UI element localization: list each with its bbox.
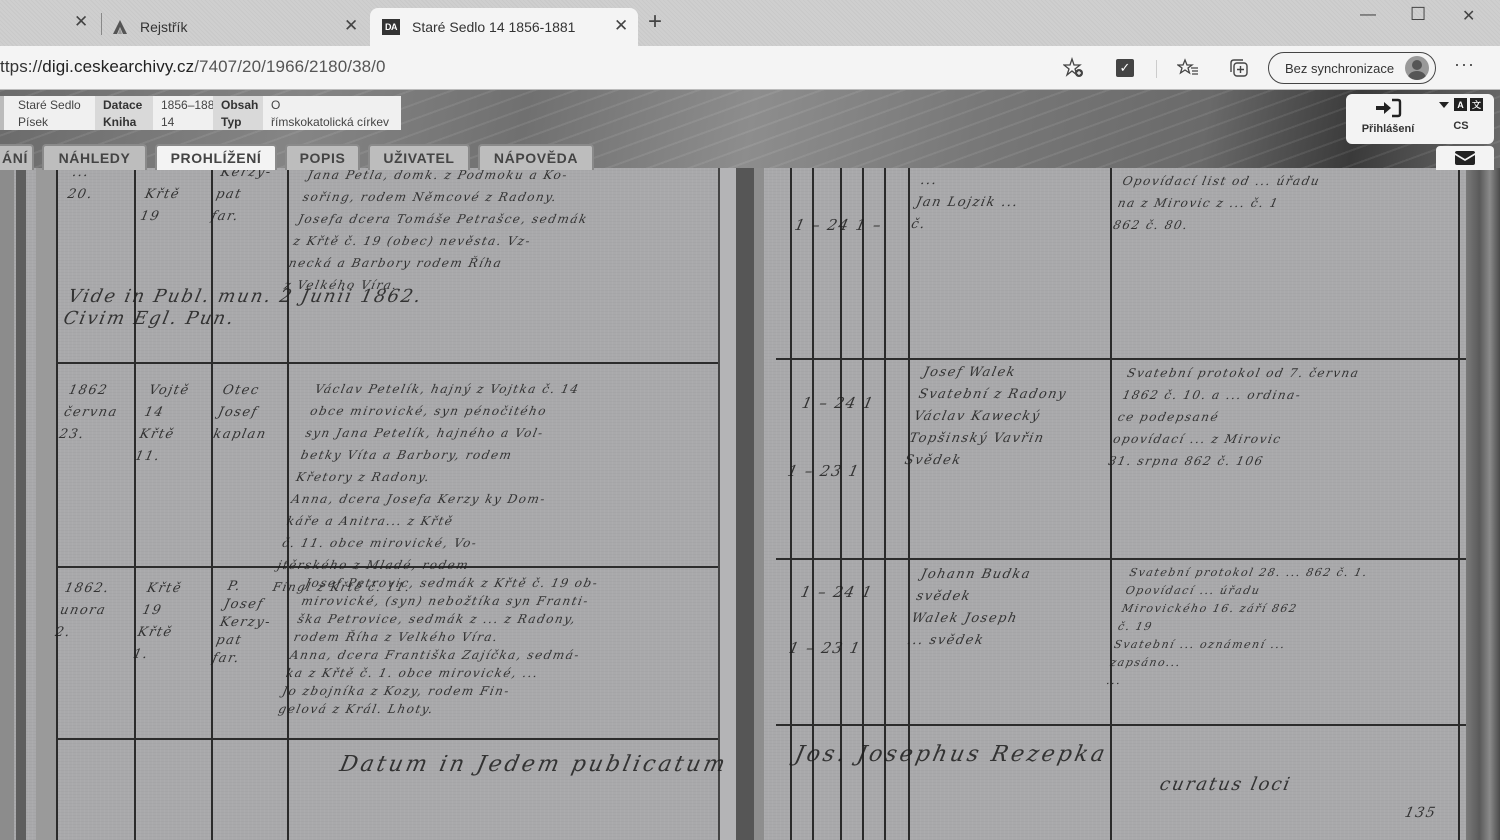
translate-icon: A (1454, 98, 1467, 111)
scan-viewer[interactable]: ... 20. Křtě 19 Kerzy- pat far. Jana Pet… (0, 90, 1500, 840)
entry-note: Datum in Jedem publicatum (338, 754, 730, 776)
page-edge-left (0, 168, 14, 840)
tab-close-icon[interactable]: ✕ (344, 16, 358, 36)
archive-logo-icon (112, 19, 128, 35)
info-value: římskokatolická církev (263, 113, 393, 130)
tab-close-icon[interactable]: ✕ (614, 16, 628, 36)
info-district: Písek (10, 113, 95, 130)
language-selector[interactable]: A 文 CS (1432, 98, 1490, 140)
user-widget: Přihlášení A 文 CS (1346, 94, 1494, 144)
info-value: O (263, 96, 393, 113)
mail-button[interactable] (1436, 146, 1494, 170)
url-host: digi.ceskearchivy.cz (42, 57, 194, 76)
rule-horizontal (776, 558, 1466, 560)
page-margin-left (36, 168, 56, 840)
url-scheme: ttps:// (0, 57, 42, 76)
tab-close-button[interactable]: ✕ (74, 12, 88, 32)
entry-remarks: Opovídací list od ... úřadu na z Mirovic… (1111, 170, 1323, 236)
tab-prohlizeni[interactable]: PROHLÍŽENÍ (155, 144, 277, 170)
browser-tab-rejstrik[interactable]: Rejstřík ✕ (112, 8, 372, 46)
viewer-nav-tabs: ÁNÍ NÁHLEDY PROHLÍŽENÍ POPIS UŽIVATEL NÁ… (0, 144, 602, 170)
rule-horizontal (56, 738, 718, 740)
translate-icon-secondary: 文 (1470, 98, 1483, 111)
tab-uzivatel[interactable]: UŽIVATEL (368, 144, 470, 170)
entry-count: 1 – 24 1 – (793, 214, 885, 236)
entry-witnesses: ... Jan Lojzik ... č. (909, 170, 1025, 236)
url-field[interactable]: ttps://digi.ceskearchivy.cz/7407/20/1966… (0, 57, 386, 77)
tab-nahledy[interactable]: NÁHLEDY (42, 144, 147, 170)
new-tab-button[interactable]: + (648, 10, 662, 34)
rule-horizontal (56, 362, 718, 364)
envelope-icon (1455, 151, 1475, 165)
priest-signature: Jos. Josephus Rezepka (793, 744, 1110, 766)
info-label: Obsah (213, 96, 263, 113)
rule-vertical (718, 168, 720, 840)
caret-down-icon (1439, 102, 1449, 108)
da-logo-icon: DA (382, 19, 400, 35)
book-gutter-light (718, 168, 736, 840)
tab-label: Staré Sedlo 14 1856-1881 (412, 19, 575, 35)
address-bar-row: ttps://digi.ceskearchivy.cz/7407/20/1966… (0, 46, 1500, 90)
add-favorite-button[interactable] (1062, 56, 1086, 80)
book-gutter-edge (754, 168, 764, 840)
rule-vertical (790, 168, 792, 840)
profile-sync-button[interactable]: Bez synchronizace (1268, 52, 1436, 84)
favorites-button[interactable] (1176, 56, 1200, 80)
entry-remarks: Svatební protokol 28. ... 862 č. 1. Opov… (1105, 564, 1370, 690)
entry-text: Václav Petelík, hajný z Vojtka č. 14 obc… (271, 378, 582, 598)
tab-label: Rejstřík (140, 19, 187, 35)
collections-icon (1228, 57, 1250, 79)
info-label: Datace (95, 96, 153, 113)
info-place: Staré Sedlo (10, 96, 95, 113)
entry-witnesses: Johann Budka svědek Walek Joseph ... svě… (905, 564, 1034, 652)
url-path: /7407/20/1966/2180/38/0 (194, 57, 385, 76)
page-edge-right (1466, 168, 1500, 840)
entry-witnesses: Josef Walek Svatební z Radony Václav Kaw… (902, 362, 1073, 472)
browser-tab-active[interactable]: DA Staré Sedlo 14 1856-1881 ✕ (370, 8, 638, 46)
rule-horizontal (776, 724, 1466, 726)
toolbar-separator (1156, 60, 1157, 78)
info-label: Kniha (95, 113, 153, 130)
sign-in-icon (1374, 98, 1402, 118)
avatar-icon (1405, 56, 1429, 80)
collections-button[interactable] (1227, 56, 1251, 80)
info-label: Typ (213, 113, 263, 130)
entry-text: Jana Petla, domk. z Podmoku a Ko- sořing… (282, 164, 600, 296)
maximize-button[interactable]: ☐ (1410, 4, 1426, 25)
checkbox-icon: ✓ (1116, 59, 1134, 77)
rule-vertical (1458, 168, 1460, 840)
close-window-button[interactable]: ✕ (1462, 6, 1475, 26)
sync-label: Bez synchronizace (1285, 61, 1394, 76)
tab-hledani[interactable]: ÁNÍ (0, 144, 34, 170)
rule-vertical (862, 168, 864, 840)
book-gutter-dark (736, 168, 754, 840)
login-label: Přihlášení (1362, 123, 1415, 135)
browser-tab-strip: ✕ Rejstřík ✕ DA Staré Sedlo 14 1856-1881… (0, 0, 1500, 46)
star-list-icon (1177, 57, 1199, 79)
rule-vertical (908, 168, 910, 840)
tab-separator (101, 13, 102, 35)
info-value: 1856–1881 (153, 96, 213, 113)
rule-horizontal (776, 358, 1466, 360)
language-label: CS (1453, 120, 1468, 132)
entry-text: Josef Petrovic, sedmák z Křtě č. 19 ob- … (277, 574, 601, 718)
entry-note: Vide in Publ. mun. 2 Junii 1862. Civim E… (61, 286, 424, 330)
rule-vertical (812, 168, 814, 840)
rule-vertical (1110, 168, 1112, 840)
info-value: 14 (153, 113, 213, 130)
more-menu-button[interactable]: ··· (1454, 54, 1475, 75)
entry-remarks: Svatební protokol od 7. června 1862 č. 1… (1106, 362, 1362, 472)
tab-napoveda[interactable]: NÁPOVĚDA (478, 144, 594, 170)
star-plus-icon (1063, 57, 1085, 79)
login-button[interactable]: Přihlášení (1356, 98, 1420, 140)
tab-popis[interactable]: POPIS (285, 144, 360, 170)
record-info-panel: Staré Sedlo Datace 1856–1881 Obsah O Pís… (0, 96, 401, 130)
page-number: 135 (1403, 802, 1439, 824)
rule-vertical (840, 168, 842, 840)
rule-vertical (884, 168, 886, 840)
priest-role: curatus loci (1158, 774, 1294, 796)
page-edge-left-shadow (16, 168, 26, 840)
minimize-button[interactable]: — (1360, 6, 1376, 24)
extension-button[interactable]: ✓ (1113, 56, 1137, 80)
